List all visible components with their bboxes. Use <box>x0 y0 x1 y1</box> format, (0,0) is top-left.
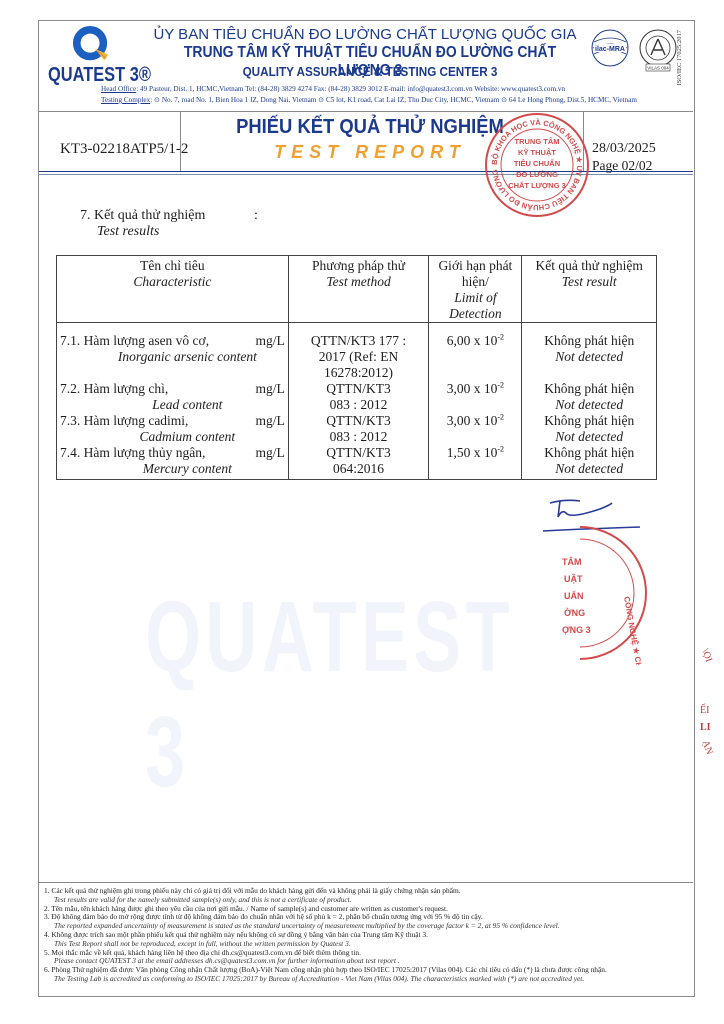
spacer <box>432 365 518 381</box>
title-divider-left <box>180 111 181 171</box>
svg-text:KỸ THUẬT: KỸ THUẬT <box>518 148 556 157</box>
spacer <box>432 349 518 365</box>
spacer <box>60 365 285 381</box>
spacer <box>432 397 518 413</box>
result-en: Not detected <box>525 397 653 413</box>
method-cell: QTTN/KT3 177 :2017 (Ref: EN16278:2012)QT… <box>288 323 429 480</box>
characteristic-vn-row: 7.3. Hàm lượng cadimi,mg/L <box>60 413 285 429</box>
method: QTTN/KT3083 : 2012 <box>292 381 426 413</box>
lod: 3,00 x 10-2 <box>432 413 518 445</box>
unit: mg/L <box>255 445 284 461</box>
characteristic-item: 7.2. Hàm lượng chì,mg/LLead content <box>60 381 285 413</box>
result-en: Not detected <box>525 429 653 445</box>
lod-value: 3,00 x 10-2 <box>432 381 518 397</box>
watermark: QUATEST 3 <box>145 580 562 810</box>
testing-complex: Testing Complex: ⊙ No. 7, road No. 1, Bi… <box>101 95 637 104</box>
col-test-result: Kết quả thử nghiệmTest result <box>522 256 657 323</box>
side-mark: ẾI <box>700 705 709 716</box>
characteristic-item: 7.3. Hàm lượng cadimi,mg/LCadmium conten… <box>60 413 285 445</box>
spacer <box>432 429 518 445</box>
svg-text:ỜNG: ỜNG <box>564 607 585 618</box>
note-vn: 3. Độ không đảm bảo đo mở rộng được tính… <box>44 912 483 921</box>
characteristic-vn: 7.1. Hàm lượng asen vô cơ, <box>60 333 209 349</box>
result: Không phát hiệnNot detected <box>525 381 653 413</box>
characteristic-vn-row: 7.4. Hàm lượng thủy ngân,mg/L <box>60 445 285 461</box>
characteristic-cell: 7.1. Hàm lượng asen vô cơ,mg/LInorganic … <box>57 323 289 480</box>
side-mark: LI <box>700 722 711 733</box>
method-line: 083 : 2012 <box>292 397 426 413</box>
characteristic-vn: 7.2. Hàm lượng chì, <box>60 381 168 397</box>
method-line: QTTN/KT3 <box>292 413 426 429</box>
unit: mg/L <box>255 333 284 349</box>
note-vn: 6. Phòng Thử nghiệm đã được Văn phòng Cô… <box>44 965 607 974</box>
lod-exponent: -2 <box>497 413 504 422</box>
method: QTTN/KT3 177 :2017 (Ref: EN16278:2012) <box>292 333 426 381</box>
col-test-method: Phương pháp thửTest method <box>288 256 429 323</box>
characteristic-item: 7.4. Hàm lượng thủy ngân,mg/LMercury con… <box>60 445 285 477</box>
result: Không phát hiệnNot detected <box>525 413 653 445</box>
method-line: 064:2016 <box>292 461 426 477</box>
lod-value: 1,50 x 10-2 <box>432 445 518 461</box>
note-en: Please contact QUATEST 3 at the email ad… <box>54 956 400 965</box>
result-vn: Không phát hiện <box>525 381 653 397</box>
note-en: The Testing Lab is accredited as conform… <box>54 974 584 983</box>
note-en: The reported expanded uncertainty of mea… <box>54 921 560 930</box>
org-line-1: ỦY BAN TIÊU CHUẨN ĐO LƯỜNG CHẤT LƯỢNG QU… <box>130 26 600 43</box>
result: Không phát hiệnNot detected <box>525 445 653 477</box>
note-vn: 4. Không được trích sao một phần phiếu k… <box>44 930 428 939</box>
svg-text:TÂM: TÂM <box>562 556 582 567</box>
side-mark: \ỌI <box>699 647 714 663</box>
svg-text:ĐO LƯỜNG: ĐO LƯỜNG <box>516 170 558 179</box>
note-vn: 5. Mọi thắc mắc về kết quả, khách hàng l… <box>44 948 361 957</box>
report-number: KT3-02218ATP5/1-2 <box>60 141 188 158</box>
characteristic-en: Cadmium content <box>60 429 285 445</box>
section-title-en: Test results <box>97 224 159 240</box>
result: Không phát hiệnNot detected <box>525 333 653 381</box>
characteristic-en: Inorganic arsenic content <box>60 349 285 365</box>
characteristic-en: Mercury content <box>60 461 285 477</box>
head-office: Head Office: 49 Pasteur, Dist. 1, HCMC,V… <box>101 85 565 93</box>
method: QTTN/KT3064:2016 <box>292 445 426 477</box>
quatest-logo-icon <box>72 26 110 64</box>
org-line-3: QUALITY ASSURANCE & TESTING CENTER 3 <box>181 64 559 79</box>
method-line: 2017 (Ref: EN <box>292 349 426 365</box>
seal-stamp-bottom: TÂMUẬTUẨNỜNGỢNG 3 CÔNG NGHỆ ★ CHẤT LƯỢNG… <box>560 525 660 665</box>
method-line: 16278:2012) <box>292 365 426 381</box>
result-vn: Không phát hiện <box>525 413 653 429</box>
svg-text:VILAS 004: VILAS 004 <box>647 66 669 71</box>
iso-vertical-text: ISO/IEC 17025:2017 <box>676 30 683 85</box>
lod: 6,00 x 10-2 <box>432 333 518 381</box>
vilas-badge-icon: VILAS 004 <box>636 28 680 72</box>
characteristic-vn: 7.4. Hàm lượng thủy ngân, <box>60 445 205 461</box>
svg-text:CHẤT LƯỢNG 3: CHẤT LƯỢNG 3 <box>508 180 566 190</box>
section-colon: : <box>254 208 258 224</box>
unit: mg/L <box>255 413 284 429</box>
table-row: 7.1. Hàm lượng asen vô cơ,mg/LInorganic … <box>57 323 657 480</box>
lod: 3,00 x 10-2 <box>432 381 518 413</box>
section-title-vn: 7. Kết quả thử nghiệm <box>80 208 205 224</box>
title-rule <box>39 171 693 172</box>
lod-value: 3,00 x 10-2 <box>432 413 518 429</box>
ilac-mra-badge-icon: ilac-MRA <box>588 28 632 68</box>
lod: 1,50 x 10-2 <box>432 445 518 477</box>
svg-text:UẨN: UẨN <box>564 590 584 601</box>
svg-text:UẬT: UẬT <box>564 573 583 584</box>
note-en: Test results are valid for the namely su… <box>54 895 352 904</box>
svg-text:ilac-MRA: ilac-MRA <box>595 46 625 53</box>
lod-exponent: -2 <box>497 381 504 390</box>
report-date: 28/03/2025 <box>592 141 656 157</box>
logo-text: QUATEST 3® <box>48 64 151 87</box>
spacer <box>525 365 653 381</box>
title-rule-2 <box>39 174 693 175</box>
side-mark: ẠN <box>700 739 715 756</box>
method-line: QTTN/KT3 <box>292 445 426 461</box>
unit: mg/L <box>255 381 284 397</box>
characteristic-vn-row: 7.1. Hàm lượng asen vô cơ,mg/L <box>60 333 285 349</box>
method-line: QTTN/KT3 177 : <box>292 333 426 349</box>
seal-stamp-top: BỘ KHOA HỌC VÀ CÔNG NGHỆ ★ ỦY BAN TIÊU C… <box>483 112 591 218</box>
spacer <box>432 461 518 477</box>
lod-cell: 6,00 x 10-2 3,00 x 10-2 3,00 x 10-2 1,50… <box>429 323 522 480</box>
method-line: QTTN/KT3 <box>292 381 426 397</box>
characteristic-en: Lead content <box>60 397 285 413</box>
svg-text:ỢNG 3: ỢNG 3 <box>562 625 591 635</box>
note-vn: 2. Tên mẫu, tên khách hàng được ghi theo… <box>44 904 448 913</box>
col-characteristic: Tên chỉ tiêuCharacteristic <box>57 256 289 323</box>
note-en: This Test Report shall not be reproduced… <box>54 939 351 948</box>
svg-text:CÔNG NGHỆ ★ CHẤT LƯỢNG QUỐC GI: CÔNG NGHỆ ★ CHẤT LƯỢNG QUỐC GIA <box>622 596 659 665</box>
characteristic-vn: 7.3. Hàm lượng cadimi, <box>60 413 188 429</box>
result-vn: Không phát hiện <box>525 445 653 461</box>
method-line: 083 : 2012 <box>292 429 426 445</box>
result-en: Not detected <box>525 349 653 365</box>
table-header-row: Tên chỉ tiêuCharacteristic Phương pháp t… <box>57 256 657 323</box>
svg-text:TIÊU CHUẨN: TIÊU CHUẨN <box>514 159 560 168</box>
col-lod: Giới hạn phát hiện/Limit of Detection <box>429 256 522 323</box>
result-vn: Không phát hiện <box>525 333 653 349</box>
lod-exponent: -2 <box>497 445 504 454</box>
lod-exponent: -2 <box>497 333 504 342</box>
method: QTTN/KT3083 : 2012 <box>292 413 426 445</box>
characteristic-vn-row: 7.2. Hàm lượng chì,mg/L <box>60 381 285 397</box>
result-en: Not detected <box>525 461 653 477</box>
result-cell: Không phát hiệnNot detected Không phát h… <box>522 323 657 480</box>
characteristic-item: 7.1. Hàm lượng asen vô cơ,mg/LInorganic … <box>60 333 285 381</box>
svg-text:TRUNG TÂM: TRUNG TÂM <box>515 137 560 146</box>
note-vn: 1. Các kết quả thử nghiệm ghi trong phiế… <box>44 886 461 895</box>
results-table: Tên chỉ tiêuCharacteristic Phương pháp t… <box>56 255 657 480</box>
lod-value: 6,00 x 10-2 <box>432 333 518 349</box>
